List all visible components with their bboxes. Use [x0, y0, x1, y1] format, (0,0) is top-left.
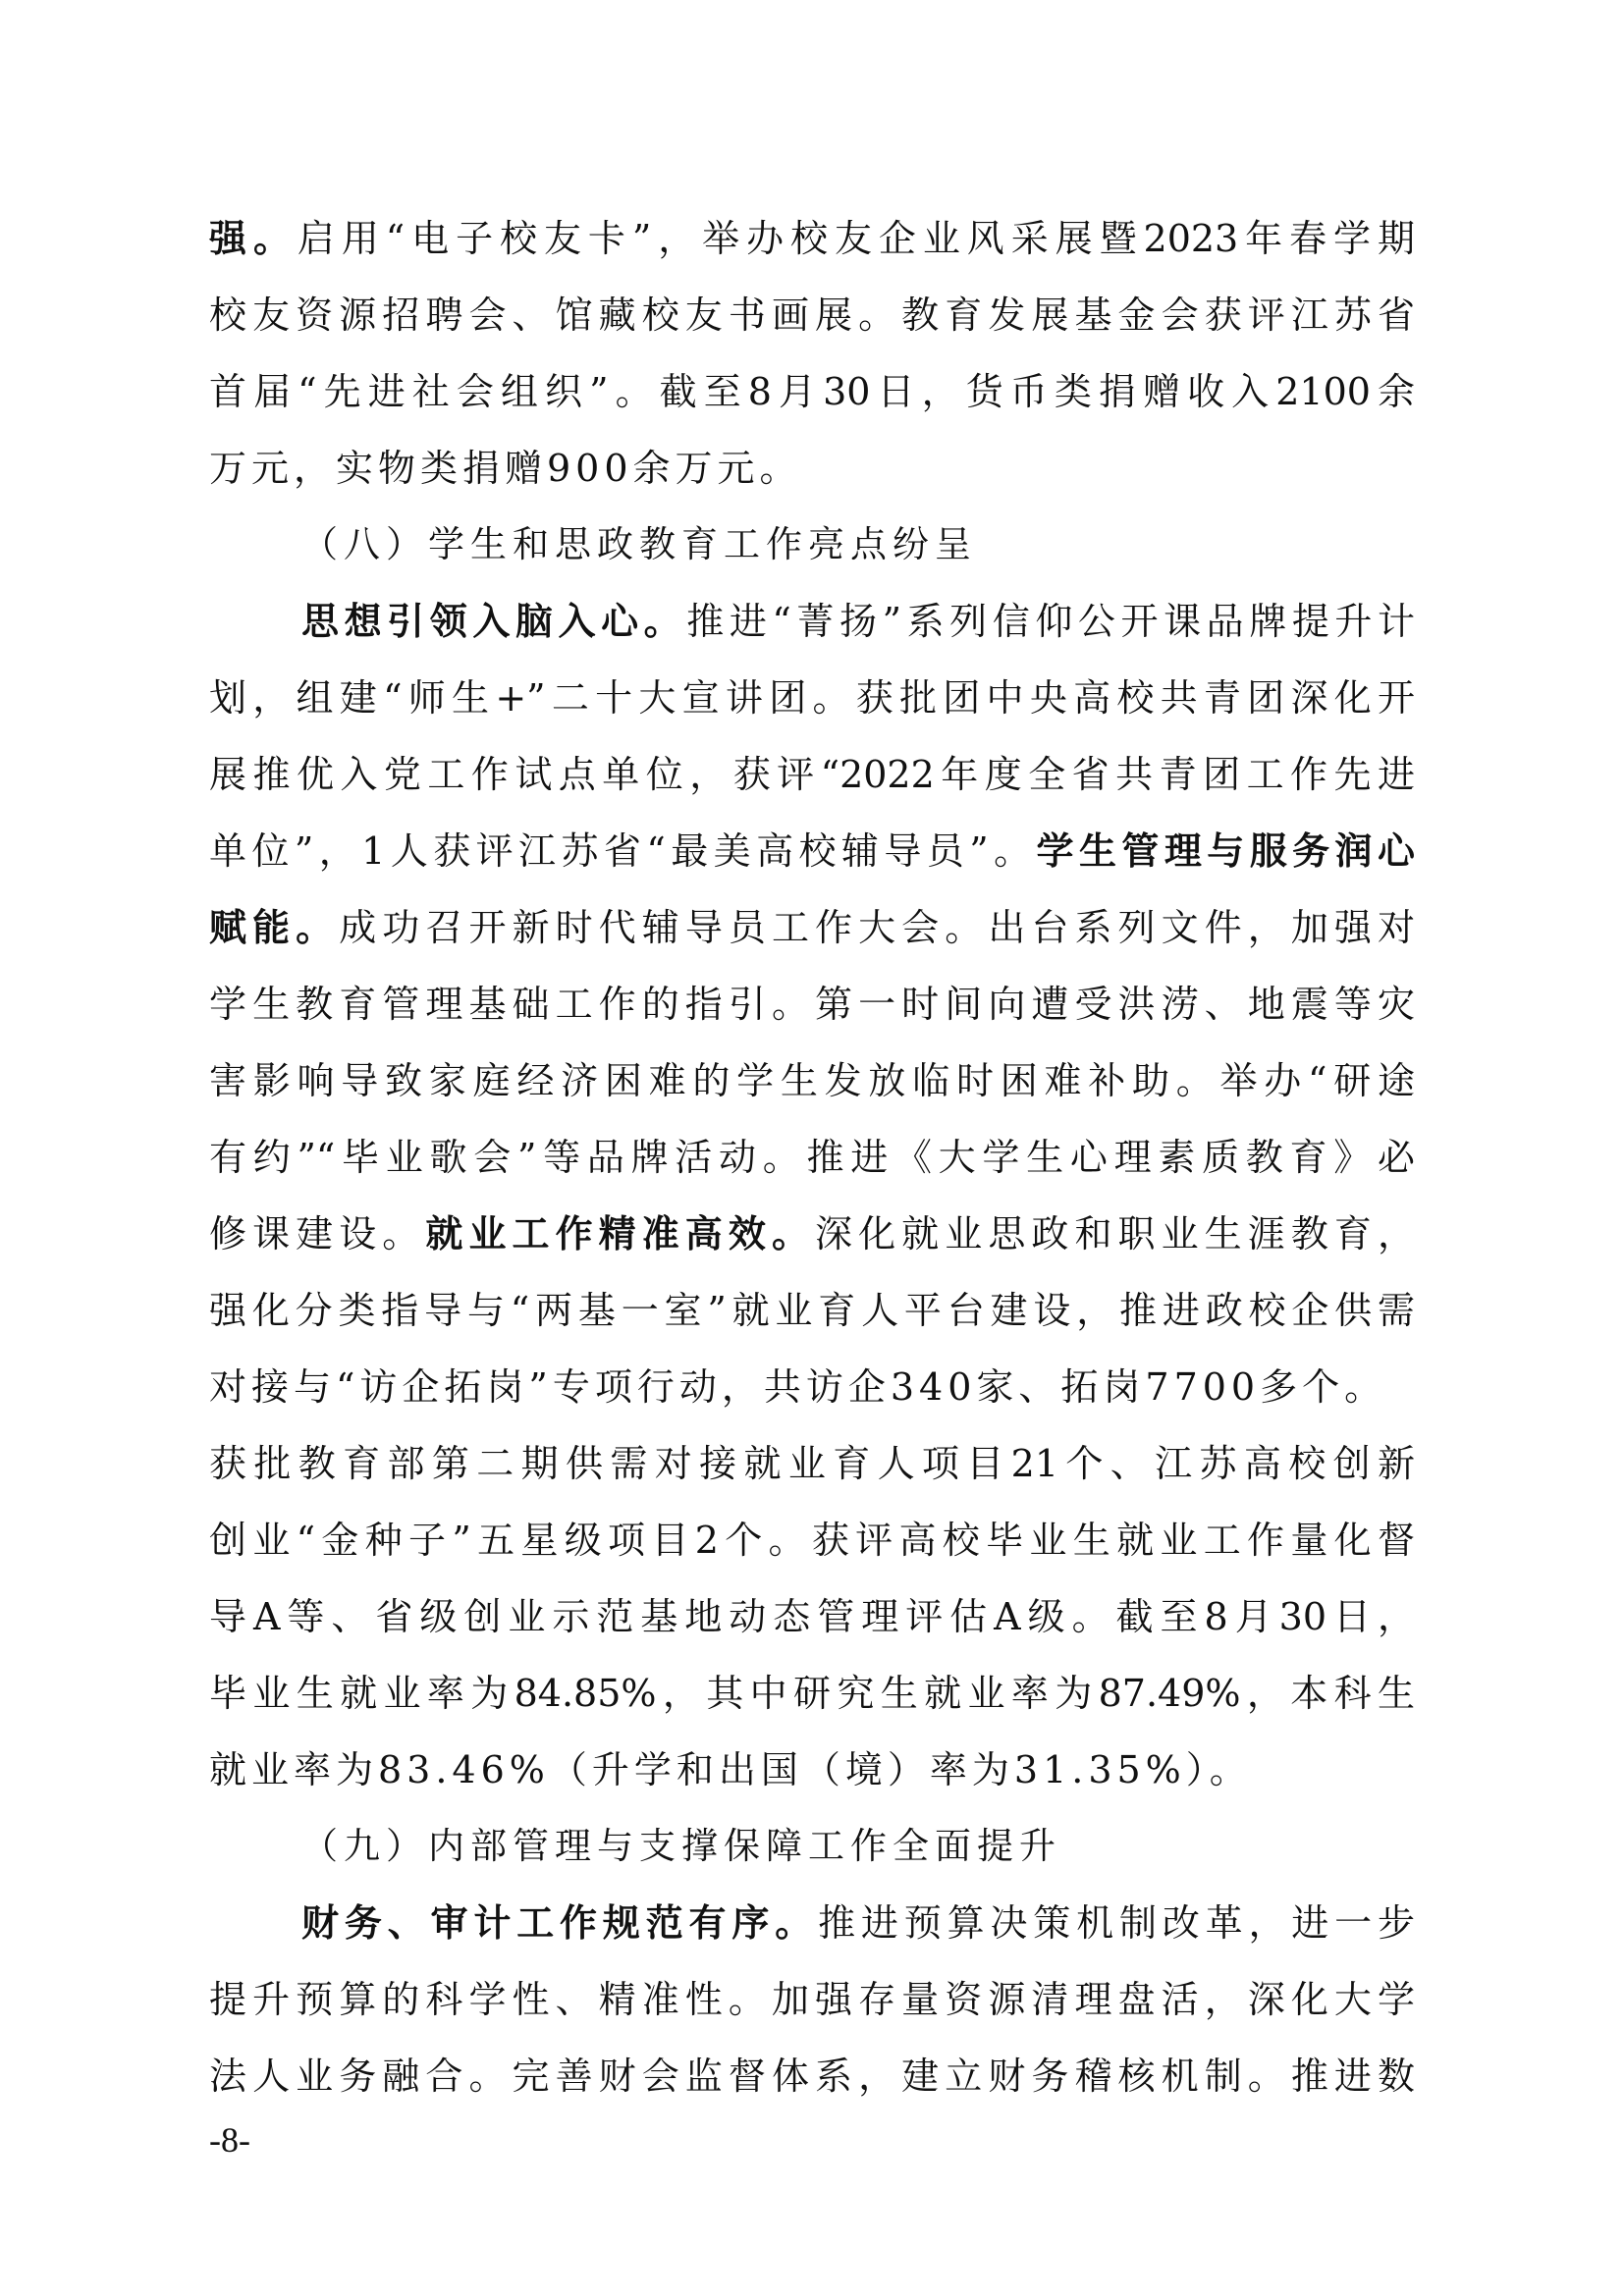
- text-line: 学生教育管理基础工作的指引。第一时间向遭受洪涝、地震等灾: [209, 966, 1415, 1042]
- document-page: 强。启用“电子校友卡”，举办校友企业风采展暨2023年春学期校友资源招聘会、馆藏…: [0, 0, 1624, 2296]
- text-segment: 推进“菁扬”系列信仰公开课品牌提升计: [686, 600, 1415, 643]
- text-segment: 万元，实物类捐赠900余万元。: [209, 447, 802, 490]
- text-segment: （八）学生和思政教育工作亮点纷呈: [301, 523, 977, 565]
- text-line: 思想引领入脑入心。推进“菁扬”系列信仰公开课品牌提升计: [209, 583, 1415, 660]
- text-segment: （九）内部管理与支撑保障工作全面提升: [301, 1825, 1061, 1867]
- bold-lead-phrase: 就业工作精准高效。: [425, 1212, 815, 1255]
- text-segment: 推进预算决策机制改革，进一步: [818, 1901, 1415, 1945]
- text-segment: 对接与“访企拓岗”专项行动，共访企340家、拓岗7700多个。: [209, 1365, 1386, 1409]
- text-segment: 划，组建“师生+”二十大宣讲团。获批团中央高校共青团深化开: [209, 676, 1415, 720]
- document-body: 强。启用“电子校友卡”，举办校友企业风采展暨2023年春学期校友资源招聘会、馆藏…: [209, 200, 1415, 2114]
- bold-lead-phrase: 赋能。: [209, 906, 339, 949]
- text-line: 害影响导致家庭经济困难的学生发放临时困难补助。举办“研途: [209, 1042, 1415, 1119]
- text-line: 万元，实物类捐赠900余万元。: [209, 430, 1415, 507]
- text-line: 有约”“毕业歌会”等品牌活动。推进《大学生心理素质教育》必: [209, 1119, 1415, 1196]
- text-segment: 单位”，1人获评江苏省“最美高校辅导员”。: [209, 829, 1037, 873]
- text-segment: 有约”“毕业歌会”等品牌活动。推进《大学生心理素质教育》必: [209, 1136, 1415, 1179]
- text-line: 财务、审计工作规范有序。推进预算决策机制改革，进一步: [209, 1885, 1415, 1961]
- text-segment: 获批教育部第二期供需对接就业育人项目21个、江苏高校创新: [209, 1442, 1415, 1485]
- text-segment: 创业“金种子”五星级项目2个。获评高校毕业生就业工作量化督: [209, 1519, 1415, 1562]
- bold-lead-phrase: 思想引领入脑入心。: [301, 600, 686, 643]
- text-segment: 导A等、省级创业示范基地动态管理评估A级。截至8月30日，: [209, 1595, 1415, 1638]
- text-segment: 法人业务融合。完善财会监督体系，建立财务稽核机制。推进数: [209, 2055, 1415, 2098]
- text-segment: 首届“先进社会组织”。截至8月30日，货币类捐赠收入2100余: [209, 370, 1415, 413]
- text-segment: 就业率为83.46%（升学和出国（境）率为31.35%）。: [209, 1748, 1252, 1791]
- text-segment: 提升预算的科学性、精准性。加强存量资源清理盘活，深化大学: [209, 1978, 1415, 2021]
- text-line: 修课建设。就业工作精准高效。深化就业思政和职业生涯教育，: [209, 1196, 1415, 1272]
- text-line: 强。启用“电子校友卡”，举办校友企业风采展暨2023年春学期: [209, 200, 1415, 277]
- bold-lead-phrase: 财务、审计工作规范有序。: [301, 1901, 818, 1945]
- section-heading: （九）内部管理与支撑保障工作全面提升: [209, 1808, 1415, 1885]
- text-line: 划，组建“师生+”二十大宣讲团。获批团中央高校共青团深化开: [209, 660, 1415, 736]
- text-line: 获批教育部第二期供需对接就业育人项目21个、江苏高校创新: [209, 1425, 1415, 1502]
- bold-lead-phrase: 学生管理与服务润心: [1037, 829, 1415, 873]
- text-segment: 展推优入党工作试点单位，获评“2022年度全省共青团工作先进: [209, 753, 1415, 796]
- text-line: 提升预算的科学性、精准性。加强存量资源清理盘活，深化大学: [209, 1961, 1415, 2038]
- text-line: 单位”，1人获评江苏省“最美高校辅导员”。学生管理与服务润心: [209, 813, 1415, 889]
- text-segment: 学生教育管理基础工作的指引。第一时间向遭受洪涝、地震等灾: [209, 983, 1415, 1026]
- text-segment: 毕业生就业率为84.85%，其中研究生就业率为87.49%，本科生: [209, 1672, 1415, 1715]
- text-segment: 成功召开新时代辅导员工作大会。出台系列文件，加强对: [339, 906, 1415, 949]
- text-line: 导A等、省级创业示范基地动态管理评估A级。截至8月30日，: [209, 1578, 1415, 1655]
- text-line: 校友资源招聘会、馆藏校友书画展。教育发展基金会获评江苏省: [209, 277, 1415, 353]
- text-line: 就业率为83.46%（升学和出国（境）率为31.35%）。: [209, 1732, 1415, 1808]
- text-segment: 强化分类指导与“两基一室”就业育人平台建设，推进政校企供需: [209, 1289, 1415, 1332]
- text-line: 赋能。成功召开新时代辅导员工作大会。出台系列文件，加强对: [209, 889, 1415, 966]
- text-segment: 启用“电子校友卡”，举办校友企业风采展暨2023年春学期: [298, 217, 1415, 260]
- text-line: 首届“先进社会组织”。截至8月30日，货币类捐赠收入2100余: [209, 353, 1415, 430]
- page-number: -8-: [209, 2120, 250, 2160]
- bold-lead-phrase: 强。: [209, 217, 298, 260]
- text-segment: 校友资源招聘会、馆藏校友书画展。教育发展基金会获评江苏省: [209, 294, 1415, 337]
- section-heading: （八）学生和思政教育工作亮点纷呈: [209, 507, 1415, 583]
- text-line: 强化分类指导与“两基一室”就业育人平台建设，推进政校企供需: [209, 1272, 1415, 1349]
- text-segment: 害影响导致家庭经济困难的学生发放临时困难补助。举办“研途: [209, 1059, 1415, 1102]
- text-segment: 修课建设。: [209, 1212, 425, 1255]
- text-line: 对接与“访企拓岗”专项行动，共访企340家、拓岗7700多个。: [209, 1349, 1415, 1425]
- text-line: 法人业务融合。完善财会监督体系，建立财务稽核机制。推进数: [209, 2038, 1415, 2114]
- text-line: 毕业生就业率为84.85%，其中研究生就业率为87.49%，本科生: [209, 1655, 1415, 1732]
- text-segment: 深化就业思政和职业生涯教育，: [815, 1212, 1415, 1255]
- text-line: 展推优入党工作试点单位，获评“2022年度全省共青团工作先进: [209, 736, 1415, 813]
- text-line: 创业“金种子”五星级项目2个。获评高校毕业生就业工作量化督: [209, 1502, 1415, 1578]
